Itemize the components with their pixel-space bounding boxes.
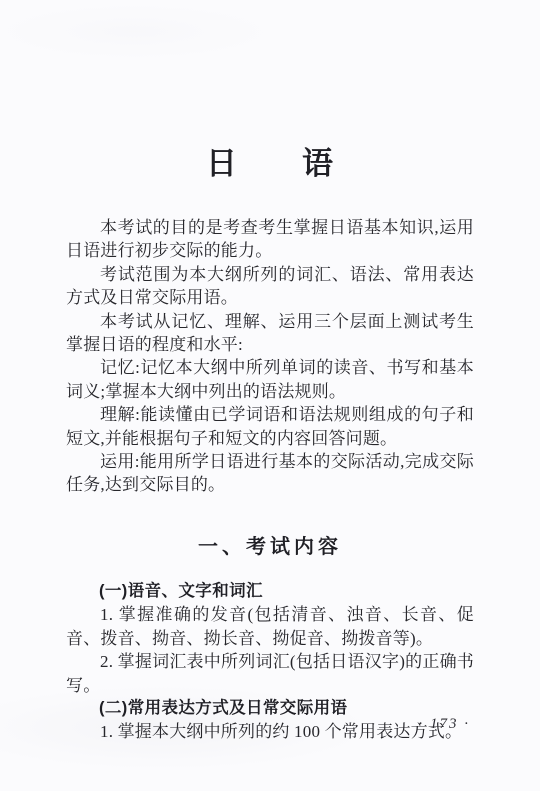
- page-number: · 173 ·: [419, 716, 471, 733]
- subsection-phonetics-vocabulary: (一)语音、文字和词汇 1. 掌握准确的发音(包括清音、浊音、长音、促音、拨音、…: [66, 580, 474, 697]
- subsection-heading-phonetics: (一)语音、文字和词汇: [66, 580, 474, 603]
- intro-paragraph-scope: 考试范围为本大纲所列的词汇、语法、常用表达方式及日常交际用语。: [66, 263, 474, 310]
- scanned-book-page: 日 语 本考试的目的是考查考生掌握日语基本知识,运用日语进行初步交际的能力。 考…: [0, 0, 540, 791]
- intro-paragraph-purpose: 本考试的目的是考查考生掌握日语基本知识,运用日语进行初步交际的能力。: [66, 216, 474, 263]
- page-content: 日 语 本考试的目的是考查考生掌握日语基本知识,运用日语进行初步交际的能力。 考…: [0, 0, 540, 744]
- intro-paragraph-levels: 本考试从记忆、理解、运用三个层面上测试考生掌握日语的程度和水平:: [66, 310, 474, 357]
- list-item-pronunciation: 1. 掌握准确的发音(包括清音、浊音、长音、促音、拨音、拗音、拗长音、拗促音、拗…: [66, 603, 474, 650]
- intro-paragraph-memory: 记忆:记忆本大纲中所列单词的读音、书写和基本词义;掌握本大纲中列出的语法规则。: [66, 356, 474, 403]
- intro-paragraph-comprehension: 理解:能读懂由已学词语和语法规则组成的句子和短文,并能根据句子和短文的内容回答问…: [66, 403, 474, 450]
- section-heading-exam-content: 一、考试内容: [66, 530, 474, 559]
- list-item-writing: 2. 掌握词汇表中所列词汇(包括日语汉字)的正确书写。: [66, 650, 474, 697]
- document-title: 日 语: [66, 142, 474, 186]
- subsection-heading-expressions: (二)常用表达方式及日常交际用语: [66, 697, 474, 720]
- list-item-expressions-count: 1. 掌握本大纲中所列的约 100 个常用表达方式。: [66, 720, 474, 743]
- intro-paragraphs: 本考试的目的是考查考生掌握日语基本知识,运用日语进行初步交际的能力。 考试范围为…: [66, 216, 474, 497]
- intro-paragraph-application: 运用:能用所学日语进行基本的交际活动,完成交际任务,达到交际目的。: [66, 450, 474, 497]
- subsection-expressions: (二)常用表达方式及日常交际用语 1. 掌握本大纲中所列的约 100 个常用表达…: [66, 697, 474, 744]
